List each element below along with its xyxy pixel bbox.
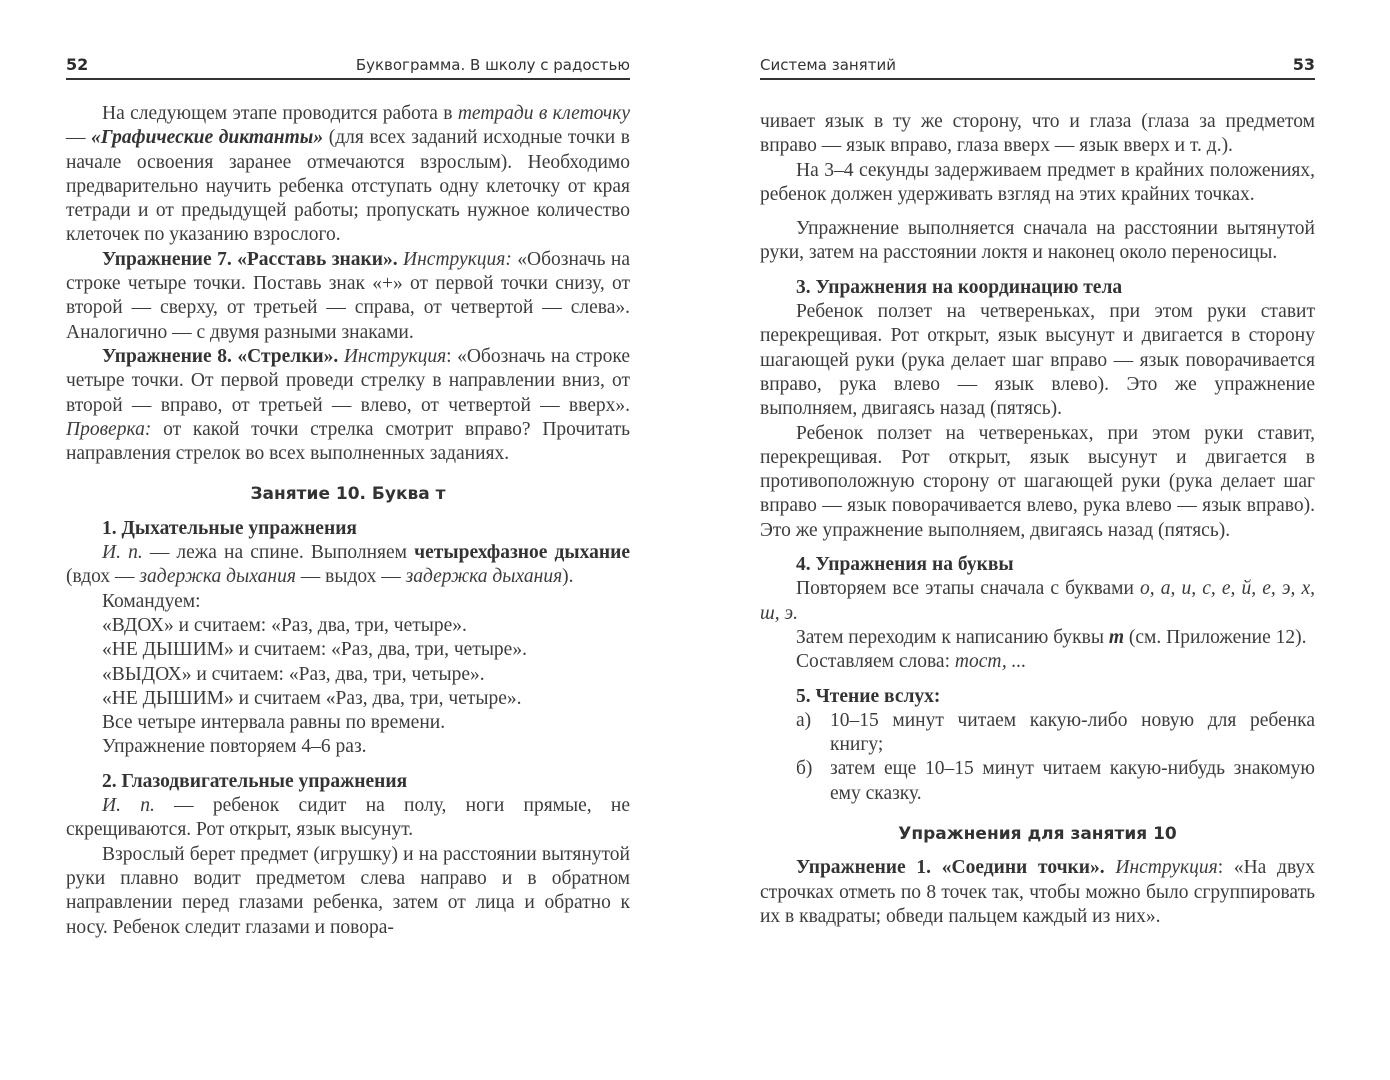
paragraph: Составляем слова: тост, ... [760, 650, 1315, 674]
command-line: «ВЫДОХ» и считаем: «Раз, два, три, четыр… [66, 663, 630, 687]
left-page-header: 52 Буквограмма. В школу с радостью [66, 50, 630, 80]
right-page-body: чивает язык в ту же сторону, что и глаза… [760, 110, 1315, 929]
page-number: 53 [1293, 55, 1315, 78]
section-heading: 4. Упражнения на буквы [760, 553, 1315, 577]
section-heading: 2. Глазодвигательные упражнения [66, 770, 630, 794]
left-page-body: На следующем этапе проводится работа в т… [66, 102, 630, 940]
command-line: Упражнение повторяем 4–6 раз. [66, 735, 630, 759]
list-item: а)10–15 минут читаем какую-либо новую дл… [760, 709, 1315, 758]
paragraph: Упражнение выполняется сначала на рассто… [760, 217, 1315, 266]
paragraph: На 3–4 секунды задерживаем предмет в кра… [760, 159, 1315, 208]
paragraph: И. п. — ребенок сидит на полу, ноги прям… [66, 794, 630, 843]
command-line: «НЕ ДЫШИМ» и считаем «Раз, два, три, чет… [66, 687, 630, 711]
paragraph: На следующем этапе проводится работа в т… [66, 102, 630, 248]
paragraph: Взрослый берет предмет (игрушку) и на ра… [66, 843, 630, 940]
running-title: Буквограмма. В школу с радостью [356, 56, 630, 78]
page-number: 52 [66, 55, 88, 78]
running-title: Система занятий [760, 56, 896, 78]
left-page: 52 Буквограмма. В школу с радостью На сл… [0, 0, 695, 1080]
section-heading: 5. Чтение вслух: [760, 685, 1315, 709]
exercise-1: Упражнение 1. «Соедини точки». Инструкци… [760, 856, 1315, 929]
paragraph: Ребенок ползет на четвереньках, при этом… [760, 300, 1315, 421]
list-item: б)затем еще 10–15 минут читаем какую-ниб… [760, 757, 1315, 806]
section-heading: 3. Упражнения на координацию тела [760, 276, 1315, 300]
paragraph: чивает язык в ту же сторону, что и глаза… [760, 110, 1315, 159]
command-line: Все четыре интервала равны по времени. [66, 711, 630, 735]
command-line: Командуем: [66, 590, 630, 614]
paragraph: Затем переходим к написанию буквы т (см.… [760, 626, 1315, 650]
right-page: Система занятий 53 чивает язык в ту же с… [695, 0, 1390, 1080]
right-page-header: Система занятий 53 [760, 50, 1315, 80]
paragraph: И. п. — лежа на спине. Выполняем четырех… [66, 541, 630, 590]
command-line: «НЕ ДЫШИМ» и считаем: «Раз, два, три, че… [66, 638, 630, 662]
paragraph: Ребенок ползет на четвереньках, при этом… [760, 422, 1315, 543]
lesson-heading: Занятие 10. Буква т [66, 482, 630, 506]
paragraph: Повторяем все этапы сначала с буквами о,… [760, 577, 1315, 626]
exercises-heading: Упражнения для занятия 10 [760, 822, 1315, 846]
exercise-8: Упражнение 8. «Стрелки». Инструкция: «Об… [66, 345, 630, 466]
section-heading: 1. Дыхательные упражнения [66, 517, 630, 541]
exercise-7: Упражнение 7. «Расставь знаки». Инструкц… [66, 248, 630, 345]
command-line: «ВДОХ» и считаем: «Раз, два, три, четыре… [66, 614, 630, 638]
